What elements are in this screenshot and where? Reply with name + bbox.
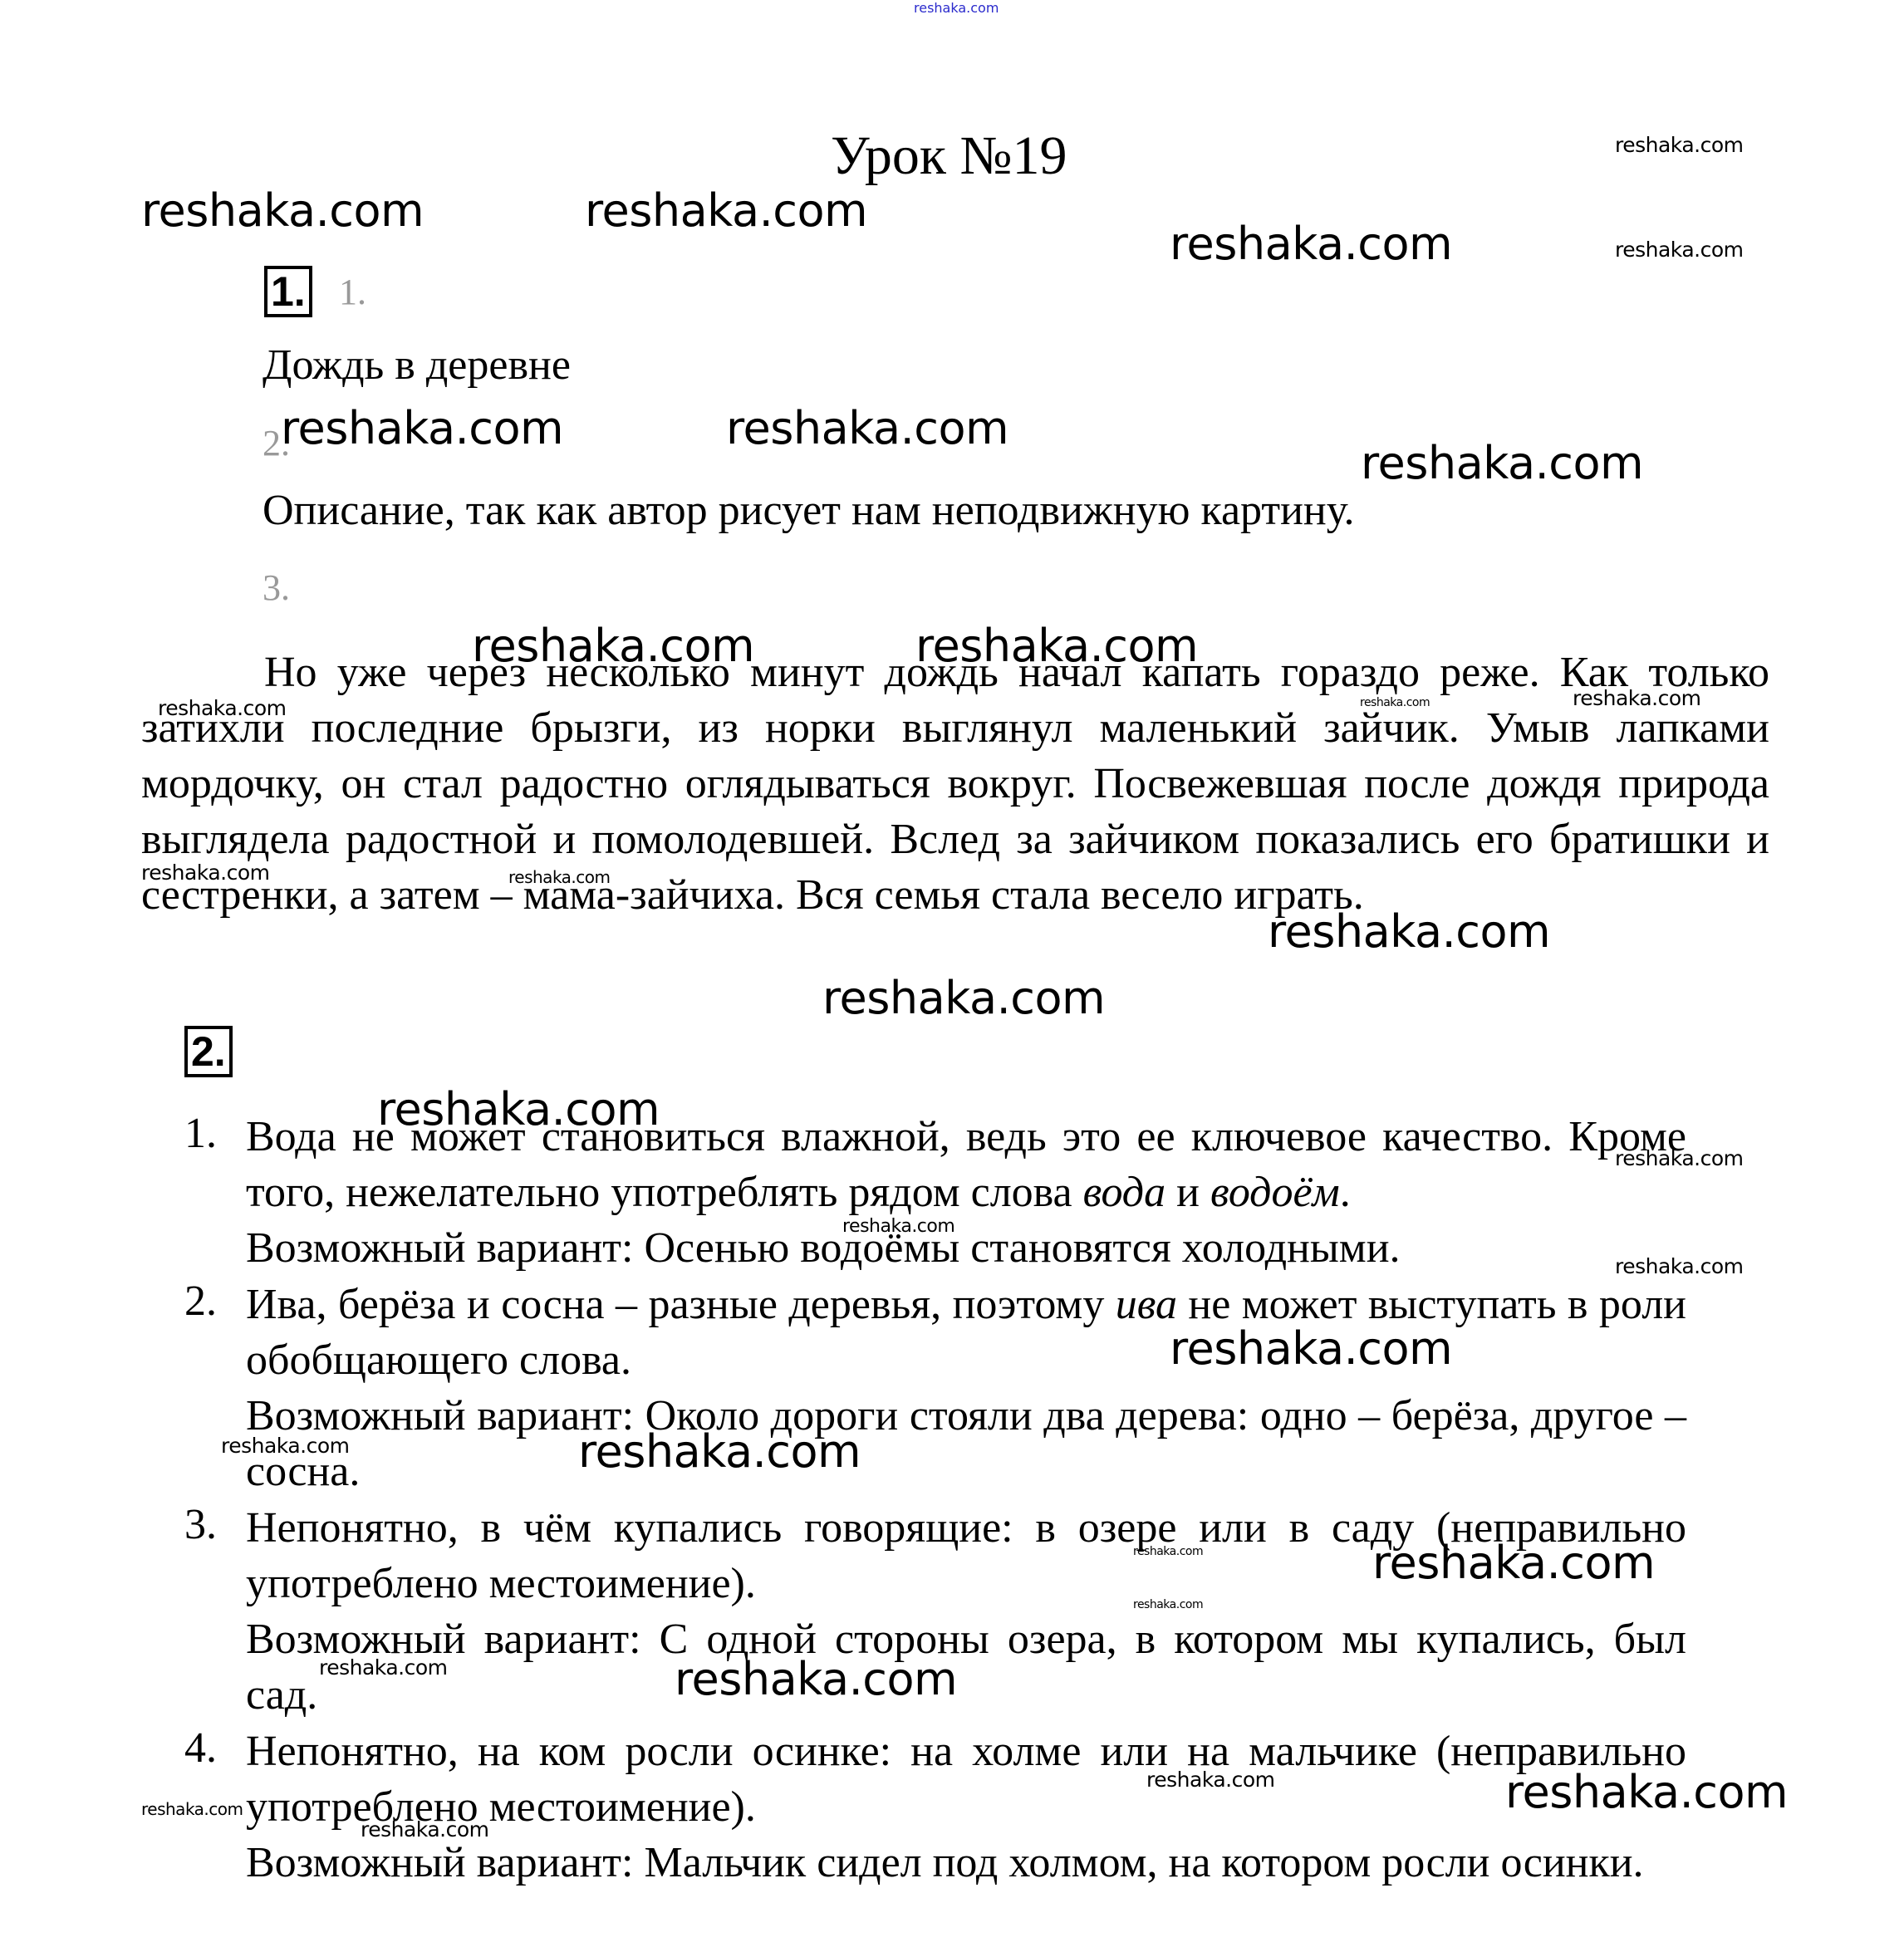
list-item-2-explanation: Ива, берёза и сосна – разные деревья, по… — [246, 1277, 1686, 1388]
exercise-1-story-paragraph: Но уже через несколько минут дождь начал… — [141, 645, 1769, 923]
watermark: reshaka.com — [1133, 1545, 1203, 1558]
watermark: reshaka.com — [675, 1653, 957, 1705]
watermark: reshaka.com — [842, 1216, 954, 1237]
list-item-3-number: 3. — [184, 1500, 217, 1549]
watermark: reshaka.com — [1170, 218, 1452, 270]
watermark: reshaka.com — [377, 1083, 660, 1135]
watermark: reshaka.com — [361, 1817, 489, 1841]
watermark: reshaka.com — [1133, 1598, 1203, 1611]
watermark: reshaka.com — [1573, 686, 1701, 710]
list-item-4-variant: Возможный вариант: Мальчик сидел под хол… — [246, 1835, 1686, 1891]
list-item-2-variant: Возможный вариант: Около дороги стояли д… — [246, 1388, 1686, 1499]
list-item-3: Непонятно, в чём купались говорящие: в о… — [246, 1500, 1686, 1723]
watermark: reshaka.com — [1268, 905, 1550, 958]
watermark: reshaka.com — [578, 1425, 861, 1478]
watermark: reshaka.com — [508, 867, 611, 887]
exercise-2-number-box: 2. — [184, 1026, 233, 1077]
list-item-1-variant: Возможный вариант: Осенью водоёмы станов… — [246, 1220, 1686, 1276]
watermark: reshaka.com — [1360, 696, 1430, 709]
watermark: reshaka.com — [915, 620, 1198, 672]
top-site-link[interactable]: reshaka.com — [914, 0, 999, 16]
watermark: reshaka.com — [221, 1434, 350, 1458]
list-item-2: Ива, берёза и сосна – разные деревья, по… — [246, 1277, 1686, 1499]
watermark: reshaka.com — [1615, 1146, 1744, 1170]
exercise-1-sub-2-answer: Описание, так как автор рисует нам непод… — [263, 486, 1355, 535]
list-item-4-number: 4. — [184, 1724, 217, 1773]
watermark: reshaka.com — [585, 184, 867, 237]
exercise-1-sub-1-answer: Дождь в деревне — [263, 341, 571, 390]
watermark: reshaka.com — [1615, 1254, 1744, 1278]
watermark: reshaka.com — [1615, 238, 1744, 262]
watermark: reshaka.com — [141, 861, 270, 885]
exercise-1-sub-1-label: 1. — [339, 271, 366, 313]
list-item-3-variant: Возможный вариант: С одной стороны озера… — [246, 1611, 1686, 1723]
list-item-2-number: 2. — [184, 1277, 217, 1326]
watermark: reshaka.com — [1615, 133, 1744, 157]
story-text: Но уже через несколько минут дождь начал… — [141, 645, 1769, 923]
watermark: reshaka.com — [1361, 437, 1643, 489]
watermark: reshaka.com — [1372, 1537, 1655, 1589]
watermark: reshaka.com — [141, 1799, 243, 1819]
watermark: reshaka.com — [472, 620, 754, 672]
watermark: reshaka.com — [158, 696, 287, 720]
watermark: reshaka.com — [822, 972, 1105, 1024]
page-title: Урок №19 — [831, 125, 1067, 188]
watermark: reshaka.com — [1505, 1766, 1788, 1818]
watermark: reshaka.com — [319, 1655, 448, 1680]
exercise-1-sub-3-label: 3. — [263, 566, 290, 609]
list-item-4: Непонятно, на ком росли осинке: на холме… — [246, 1724, 1686, 1891]
list-item-1-number: 1. — [184, 1109, 217, 1158]
exercise-1-number-box: 1. — [264, 266, 312, 317]
watermark: reshaka.com — [1146, 1768, 1275, 1792]
watermark: reshaka.com — [1170, 1322, 1452, 1375]
watermark: reshaka.com — [726, 402, 1008, 454]
watermark: reshaka.com — [281, 402, 563, 454]
watermark: reshaka.com — [141, 184, 424, 237]
